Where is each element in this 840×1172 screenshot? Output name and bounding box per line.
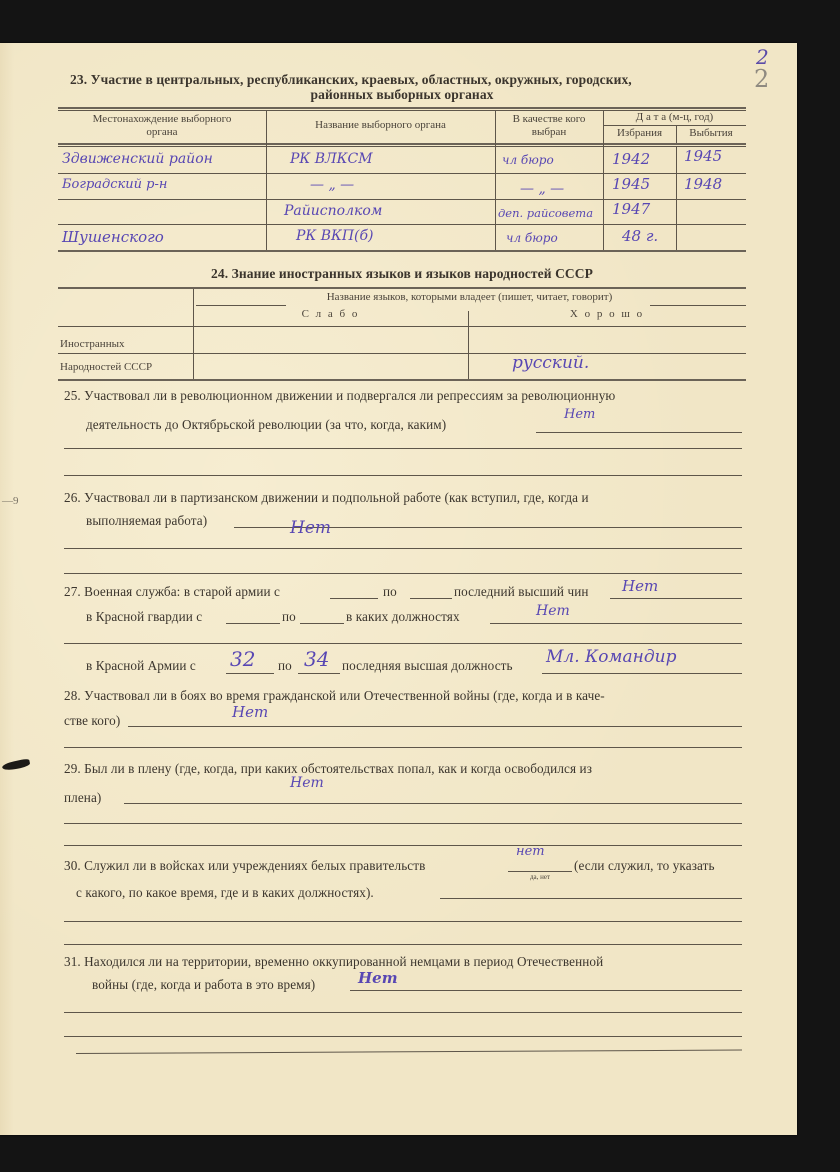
paper-damage	[1, 758, 30, 772]
s27-line1-b: по	[383, 584, 397, 600]
row2-elected: 1945	[612, 175, 650, 193]
s27-line2-a: в Красной гвардии с	[86, 609, 202, 625]
s30-line1-b: (если служил, то указать	[574, 858, 715, 874]
lang-row-ussr: Народностей СССР	[60, 361, 152, 374]
row3-elected: 1947	[612, 200, 650, 218]
row2-left: 1948	[684, 175, 722, 193]
s27-line3-a: в Красной Армии с	[86, 658, 196, 674]
s27-line3-b: по	[278, 658, 292, 674]
form-page: 2 2 —9 23. Участие в центральных, респуб…	[0, 43, 797, 1135]
s27-red-army-position: Мл. Командир	[546, 647, 676, 667]
s28-line1: 28. Участвовал ли в боях во время гражда…	[64, 688, 605, 704]
s27-rank-answer: Нет	[622, 577, 658, 595]
th-role-2: выбран	[495, 126, 603, 139]
s31-answer: Нет	[358, 969, 398, 987]
lang-col-weak: С л а б о	[193, 308, 468, 321]
th-location-2: органа	[58, 126, 266, 139]
row1-role: чл бюро	[502, 153, 554, 167]
s30-answer: нет	[516, 844, 545, 859]
row1-location: Здвиженский район	[62, 151, 213, 167]
row2-location: Боградский р-н	[62, 177, 167, 192]
lang-ussr-good-value: русский.	[512, 353, 589, 373]
s25-line1: 25. Участвовал ли в революционном движен…	[64, 388, 615, 404]
s25-answer: Нет	[564, 407, 595, 422]
s27-line1-a: 27. Военная служба: в старой армии с	[64, 584, 280, 600]
th-date-elected: Избрания	[603, 127, 676, 140]
s23-title-line2: районных выборных органах	[58, 87, 746, 103]
s26-line1: 26. Участвовал ли в партизанском движени…	[64, 490, 589, 506]
s25-line2: деятельность до Октябрьской революции (з…	[86, 417, 446, 433]
s28-line2: стве кого)	[64, 713, 120, 729]
row4-location: Шушенского	[62, 228, 164, 246]
th-date: Д а т а (м-ц, год)	[603, 111, 746, 124]
s27-line3-c: последняя высшая должность	[342, 658, 513, 674]
row3-role: деп. райсовета	[498, 206, 593, 220]
th-role-1: В качестве кого	[495, 113, 603, 126]
th-location-1: Местонахождение выборного	[58, 113, 266, 126]
s27-line2-b: по	[282, 609, 296, 625]
th-date-left: Выбытия	[676, 127, 746, 140]
s29-line2: плена)	[64, 790, 101, 806]
s30-line1-a: 30. Служил ли в войсках или учреждениях …	[64, 858, 425, 874]
s29-line1: 29. Был ли в плену (где, когда, при каки…	[64, 761, 592, 777]
row1-organ: РК ВЛКСМ	[290, 151, 373, 167]
row1-elected: 1942	[612, 150, 650, 168]
s30-line2: с какого, по какое время, где и в каких …	[76, 885, 374, 901]
s29-answer: Нет	[290, 775, 324, 791]
s28-answer: Нет	[232, 703, 268, 721]
s24-title: 24. Знание иностранных языков и языков н…	[58, 266, 746, 282]
s31-line1: 31. Находился ли на территории, временно…	[64, 954, 603, 970]
s26-line2: выполняемая работа)	[86, 513, 207, 529]
th-organ-name: Название выборного органа	[266, 119, 495, 132]
s27-red-army-from: 32	[230, 647, 255, 671]
row1-left: 1945	[684, 147, 722, 165]
s30-hint: да, нет	[530, 873, 550, 881]
lang-col-good: Х о р о ш о	[468, 308, 746, 321]
page-number-mark-pencil: 2	[754, 65, 769, 93]
s27-red-army-to: 34	[304, 647, 329, 671]
s27-line2-c: в каких должностях	[346, 609, 460, 625]
row4-organ: РК ВКП(б)	[296, 228, 374, 244]
row2-role: — „ —	[520, 181, 564, 197]
s27-red-guard-answer: Нет	[536, 603, 570, 619]
row4-elected: 48 г.	[622, 227, 658, 245]
s23-title-line1: 23. Участие в центральных, республиканск…	[70, 72, 632, 88]
row3-organ: Райисполком	[284, 203, 382, 219]
lang-row-foreign: Иностранных	[60, 338, 124, 351]
lang-header: Название языков, которыми владеет (пишет…	[193, 291, 746, 304]
s31-line2: войны (где, когда и работа в это время)	[92, 977, 315, 993]
row2-organ: — „ —	[310, 177, 354, 193]
s26-answer: Нет	[290, 518, 331, 538]
row4-role: чл бюро	[506, 231, 558, 245]
s27-line1-c: последний высший чин	[454, 584, 589, 600]
margin-mark: —9	[2, 495, 19, 508]
